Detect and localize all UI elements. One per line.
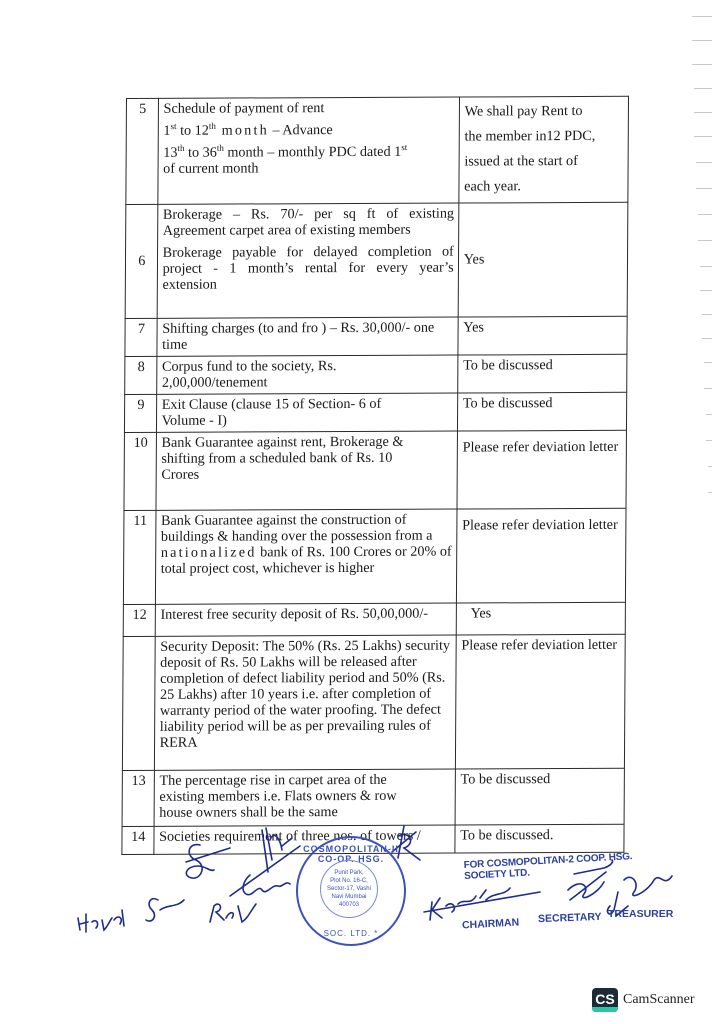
table-row: 8 Corpus fund to the society, Rs. 2,00,0… [125, 354, 627, 394]
row-number: 12 [123, 604, 155, 636]
table-row: 6 Brokerage – Rs. 70/- per sq ft of exis… [125, 202, 628, 318]
stamp-address: Punit Park, Plot No. 16-C, Sector-17, Va… [320, 860, 378, 918]
row-number: 7 [125, 318, 157, 356]
table-row: 9 Exit Clause (clause 15 of Section- 6 o… [124, 392, 626, 432]
stamp-ring-bottom-text: SOC. LTD. * [298, 929, 404, 938]
secretary-label: SECRETARY [538, 911, 602, 925]
table-row: Security Deposit: The 50% (Rs. 25 Lakhs)… [122, 634, 625, 770]
row-response: To be discussed [457, 354, 627, 393]
row-description: Brokerage – Rs. 70/- per sq ft of existi… [157, 203, 459, 318]
row-response: Yes [456, 602, 625, 635]
row-response: Please refer deviation letter [457, 430, 627, 509]
page-edge-marks [664, 0, 724, 520]
row-description: Exit Clause (clause 15 of Section- 6 of … [156, 393, 457, 432]
row-response: Yes [458, 202, 628, 317]
row-number [122, 636, 154, 770]
row-number: 10 [124, 432, 156, 510]
camscanner-watermark: CS CamScanner [592, 988, 695, 1012]
row-number: 8 [125, 356, 157, 394]
table-row: 13 The percentage rise in carpet area of… [122, 768, 624, 826]
table-row: 5 Schedule of payment of rent 1st to 12t… [126, 96, 629, 204]
society-name: FOR COSMOPOLITAN-2 COOP. HSG. SOCIETY LT… [463, 849, 668, 882]
row-description: Bank Guarantee against rent, Brokerage &… [156, 431, 458, 510]
row-description: Bank Guarantee against the construction … [155, 509, 457, 604]
society-rubber-stamp: COSMOPOLITAN-II CO-OP. HSG. Punit Park, … [296, 836, 406, 946]
table-row: 12 Interest free security deposit of Rs.… [123, 602, 625, 636]
row-description: Security Deposit: The 50% (Rs. 25 Lakhs)… [154, 635, 456, 770]
office-bearers-seal: FOR COSMOPOLITAN-2 COOP. HSG. SOCIETY LT… [458, 852, 668, 932]
row-response: Please refer deviation letter [455, 634, 625, 769]
row-number: 11 [123, 510, 155, 604]
treasurer-label: TREASURER [608, 908, 673, 920]
row-description: The percentage rise in carpet area of th… [154, 769, 455, 826]
row-description: Corpus fund to the society, Rs. 2,00,000… [156, 355, 457, 394]
table-row: 7 Shifting charges (to and fro ) – Rs. 3… [125, 316, 627, 356]
row-number: 9 [124, 394, 156, 432]
row-description: Shifting charges (to and fro ) – Rs. 30,… [157, 317, 458, 356]
row-response: To be discussed. [455, 824, 624, 853]
row-number: 6 [125, 204, 157, 318]
row-response: To be discussed [457, 392, 627, 431]
row-description: Schedule of payment of rent 1st to 12th … [157, 97, 459, 204]
row-response: To be discussed [455, 768, 625, 825]
camscanner-logo-icon: CS [592, 988, 618, 1012]
row-response: Yes [458, 316, 628, 355]
table-row: 11 Bank Guarantee against the constructi… [123, 508, 626, 604]
chairman-label: CHAIRMAN [462, 917, 520, 932]
terms-table: 5 Schedule of payment of rent 1st to 12t… [121, 96, 629, 855]
row-response: We shall pay Rent to the member in12 PDC… [459, 96, 629, 203]
row-response: Please refer deviation letter [456, 508, 626, 603]
row-description: Interest free security deposit of Rs. 50… [155, 603, 456, 636]
row-number: 13 [122, 770, 154, 826]
camscanner-label: CamScanner [623, 992, 695, 1008]
table-row: 10 Bank Guarantee against rent, Brokerag… [124, 430, 626, 510]
row-number: 5 [126, 98, 158, 204]
row-number: 14 [122, 826, 154, 854]
